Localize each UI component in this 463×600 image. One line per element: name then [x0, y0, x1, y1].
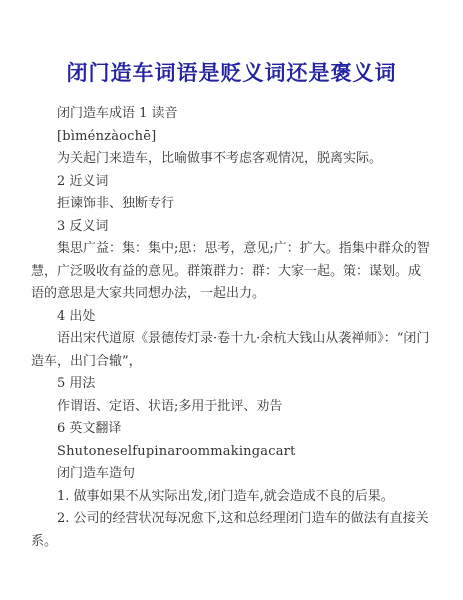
- english-heading: 6 英文翻译: [31, 418, 432, 441]
- pinyin-text: [bìménzàochē]: [31, 126, 432, 149]
- definition-text: 为关起门来造车，比喻做事不考虑客观情况，脱离实际。: [31, 148, 432, 171]
- source-heading: 4 出处: [31, 306, 432, 329]
- synonyms-heading: 2 近义词: [31, 171, 432, 194]
- document-page: 闭门造车词语是贬义词还是褒义词 闭门造车成语 1 读音 [bìménzàochē…: [0, 0, 463, 600]
- pronunciation-heading: 闭门造车成语 1 读音: [31, 103, 432, 126]
- document-title: 闭门造车词语是贬义词还是褒义词: [0, 0, 463, 88]
- example-sentence-2: 2. 公司的经营状况每况愈下,这和总经理闭门造车的做法有直接关系。: [31, 508, 432, 553]
- antonyms-explanation: 集思广益：集：集中;思：思考，意见;广：扩大。指集中群众的智慧，广泛吸收有益的意…: [31, 238, 432, 306]
- usage-heading: 5 用法: [31, 373, 432, 396]
- example-sentence-1: 1. 做事如果不从实际出发,闭门造车,就会造成不良的后果。: [31, 486, 432, 509]
- sentences-heading: 闭门造车造句: [31, 463, 432, 486]
- usage-text: 作谓语、定语、状语;多用于批评、劝告: [31, 396, 432, 419]
- antonyms-heading: 3 反义词: [31, 216, 432, 239]
- document-body: 闭门造车成语 1 读音 [bìménzàochē] 为关起门来造车，比喻做事不考…: [31, 103, 432, 553]
- source-text: 语出宋代道原《景德传灯录·卷十九·余杭大钱山从袭禅师》：“闭门造车，出门合辙”，: [31, 328, 432, 373]
- english-translation: Shutoneselfupinaroommakingacart: [31, 441, 432, 464]
- synonyms-text: 拒谏饰非、独断专行: [31, 193, 432, 216]
